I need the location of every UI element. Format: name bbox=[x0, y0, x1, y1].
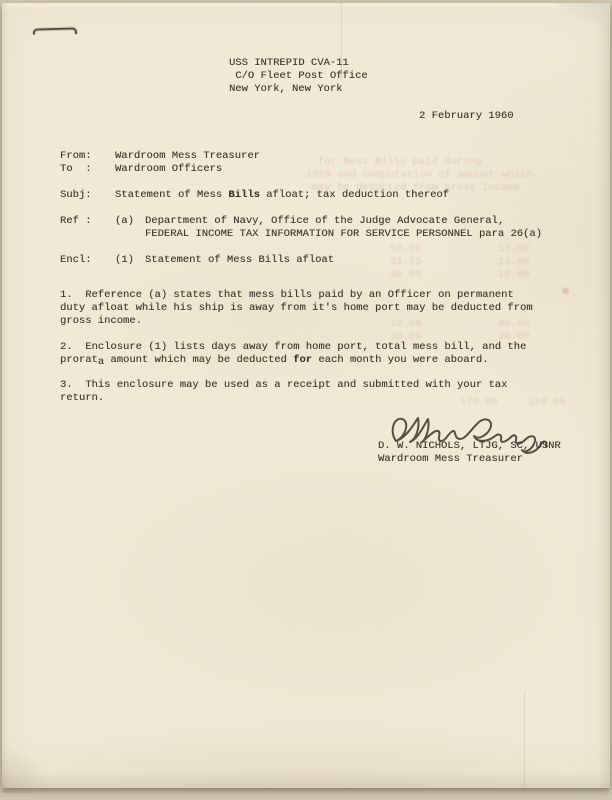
paper-stain bbox=[562, 288, 569, 294]
bleedthrough-amount: 210.00 bbox=[528, 396, 566, 409]
reference-text: Department of Navy, Office of the Judge … bbox=[145, 215, 542, 241]
to-label: To : bbox=[60, 163, 92, 176]
bleedthrough-line: for Mess Bills paid during bbox=[318, 156, 482, 169]
paragraph-1: 1. Reference (a) states that mess bills … bbox=[60, 289, 533, 328]
paragraph-2-post: each month you were aboard. bbox=[312, 354, 488, 366]
reference-label: Ref : bbox=[60, 215, 92, 228]
bleedthrough-amount: 10.00 bbox=[498, 269, 530, 282]
subject-emphasis: Bills bbox=[228, 189, 260, 201]
enclosure-item: (1) bbox=[115, 254, 134, 267]
paragraph-2-emphasis: for bbox=[293, 354, 312, 366]
enclosure-text: Statement of Mess Bills afloat bbox=[145, 254, 334, 267]
paragraph-2-mid: amount which may be deducted bbox=[104, 354, 293, 366]
paragraph-2-dropped-letter: a bbox=[98, 356, 104, 368]
reference-item: (a) bbox=[115, 215, 134, 228]
subject-post: afloat; tax deduction thereof bbox=[260, 189, 449, 201]
subject-label: Subj: bbox=[60, 189, 92, 202]
letterhead: USS INTREPID CVA-11 C/O Fleet Post Offic… bbox=[229, 57, 368, 96]
paragraph-2: 2. Enclosure (1) lists days away from ho… bbox=[60, 341, 526, 367]
signer-title: Wardroom Mess Treasurer bbox=[378, 453, 523, 466]
from-label: From: bbox=[60, 150, 92, 163]
signer-name: D. W. NICHOLS, LTJG, SC, USNR bbox=[378, 440, 561, 453]
paragraph-3: 3. This enclosure may be used as a recei… bbox=[60, 379, 507, 405]
paper-corner-highlight bbox=[558, 3, 610, 29]
bleedthrough-amount: 56.00 bbox=[390, 243, 422, 256]
bleedthrough-amount: 14.00 bbox=[498, 256, 530, 269]
paper-corner-fold bbox=[2, 741, 48, 793]
scanned-memo-screenshot: { "letterhead": { "block": "USS INTREPID… bbox=[0, 0, 612, 800]
bleedthrough-amount: 40.00 bbox=[390, 269, 422, 282]
bleedthrough-amount: 31.75 bbox=[390, 256, 422, 269]
date-line: 2 February 1960 bbox=[419, 110, 514, 123]
subject-value: Statement of Mess Bills afloat; tax dedu… bbox=[115, 189, 449, 202]
bleedthrough-amount: 13.00 bbox=[498, 243, 530, 256]
bleedthrough-line: 1959 and computation of amount which bbox=[306, 169, 533, 182]
subject-pre: Statement of Mess bbox=[115, 189, 228, 201]
from-value: Wardroom Mess Treasurer bbox=[115, 150, 260, 163]
enclosure-label: Encl: bbox=[60, 254, 92, 267]
paper-crease-bottom bbox=[524, 691, 525, 788]
staple-icon bbox=[31, 25, 79, 37]
to-value: Wardroom Officers bbox=[115, 163, 222, 176]
